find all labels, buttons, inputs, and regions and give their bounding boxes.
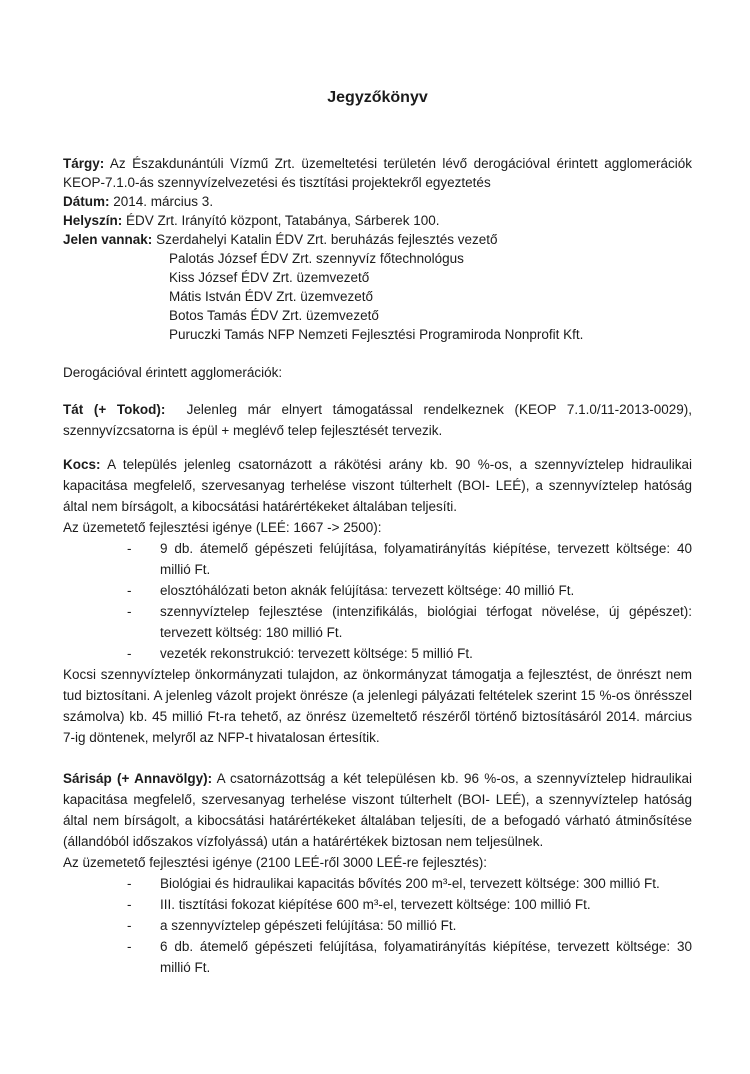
list-item: -Biológiai és hidraulikai kapacitás bőví…	[63, 873, 692, 894]
list-item-text: 9 db. átemelő gépészeti felújítása, foly…	[160, 541, 692, 577]
field-jelen-label: Jelen vannak:	[63, 232, 152, 247]
dash-bullet: -	[127, 538, 132, 559]
field-targy: Tárgy: Az Északdunántúli Vízmű Zrt. üzem…	[63, 154, 692, 192]
section-kocs: Kocs: A település jelenleg csatornázott …	[63, 454, 692, 517]
attendee-item: Puruczki Tamás NFP Nemzeti Fejlesztési P…	[169, 325, 692, 344]
list-item-text: szennyvíztelep fejlesztése (intenzifikál…	[160, 604, 692, 640]
document-page: Jegyzőkönyv Tárgy: Az Északdunántúli Víz…	[0, 0, 750, 1074]
dash-bullet: -	[127, 601, 132, 622]
section-kocs-text: A település jelenleg csatornázott a rákö…	[63, 457, 692, 514]
list-item-text: vezeték rekonstrukció: tervezett költség…	[160, 646, 473, 661]
list-item-text: a szennyvíztelep gépészeti felújítása: 5…	[160, 918, 456, 933]
list-item: -vezeték rekonstrukció: tervezett költsé…	[63, 643, 692, 664]
section-tat: Tát (+ Tokod): Jelenleg már elnyert támo…	[63, 399, 692, 441]
field-helyszin-label: Helyszín:	[63, 213, 122, 228]
field-datum-label: Dátum:	[63, 194, 110, 209]
attendee-list: Palotás József ÉDV Zrt. szennyvíz főtech…	[169, 249, 692, 344]
attendee-item: Kiss József ÉDV Zrt. üzemvezető	[169, 268, 692, 287]
document-title: Jegyzőkönyv	[63, 88, 692, 108]
kocs-igeny-intro: Az üzemetető fejlesztési igénye (LEÉ: 16…	[63, 517, 692, 538]
sarisap-igeny-list: -Biológiai és hidraulikai kapacitás bőví…	[63, 873, 692, 978]
list-item-text: Biológiai és hidraulikai kapacitás bővít…	[160, 876, 660, 891]
list-item: -elosztóhálózati beton aknák felújítása:…	[63, 580, 692, 601]
section-sarisap-label: Sárisáp (+ Annavölgy):	[63, 771, 212, 786]
list-item: -6 db. átemelő gépészeti felújítása, fol…	[63, 936, 692, 978]
derogacio-heading: Derogációval érintett agglomerációk:	[63, 362, 692, 383]
list-item: -a szennyvíztelep gépészeti felújítása: …	[63, 915, 692, 936]
field-datum: Dátum: 2014. március 3.	[63, 192, 692, 211]
kocs-igeny-list: -9 db. átemelő gépészeti felújítása, fol…	[63, 538, 692, 664]
dash-bullet: -	[127, 873, 132, 894]
field-datum-value: 2014. március 3.	[113, 194, 213, 209]
list-item: -szennyvíztelep fejlesztése (intenzifiká…	[63, 601, 692, 643]
list-item-text: elosztóhálózati beton aknák felújítása: …	[160, 583, 574, 598]
section-tat-label: Tát (+ Tokod):	[63, 402, 165, 417]
field-targy-value: Az Északdunántúli Vízmű Zrt. üzemeltetés…	[63, 156, 692, 190]
attendee-item: Palotás József ÉDV Zrt. szennyvíz főtech…	[169, 249, 692, 268]
field-jelen-vannak: Jelen vannak: Szerdahelyi Katalin ÉDV Zr…	[63, 230, 692, 249]
list-item-text: 6 db. átemelő gépészeti felújítása, foly…	[160, 939, 692, 975]
attendee-item: Botos Tamás ÉDV Zrt. üzemvezető	[169, 306, 692, 325]
dash-bullet: -	[127, 894, 132, 915]
field-helyszin: Helyszín: ÉDV Zrt. Irányító központ, Tat…	[63, 211, 692, 230]
section-kocs-label: Kocs:	[63, 457, 101, 472]
dash-bullet: -	[127, 936, 132, 957]
kocs-closing: Kocsi szennyvíztelep önkormányzati tulaj…	[63, 664, 692, 748]
dash-bullet: -	[127, 643, 132, 664]
field-helyszin-value: ÉDV Zrt. Irányító központ, Tatabánya, Sá…	[126, 213, 439, 228]
attendee-first: Szerdahelyi Katalin ÉDV Zrt. beruházás f…	[156, 232, 497, 247]
section-sarisap: Sárisáp (+ Annavölgy): A csatornázottság…	[63, 768, 692, 852]
list-item: -9 db. átemelő gépészeti felújítása, fol…	[63, 538, 692, 580]
dash-bullet: -	[127, 915, 132, 936]
dash-bullet: -	[127, 580, 132, 601]
attendee-item: Mátis István ÉDV Zrt. üzemvezető	[169, 287, 692, 306]
field-targy-label: Tárgy:	[63, 156, 104, 171]
list-item-text: III. tisztítási fokozat kiépítése 600 m³…	[160, 897, 591, 912]
sarisap-igeny-intro: Az üzemetető fejlesztési igénye (2100 LE…	[63, 852, 692, 873]
list-item: -III. tisztítási fokozat kiépítése 600 m…	[63, 894, 692, 915]
